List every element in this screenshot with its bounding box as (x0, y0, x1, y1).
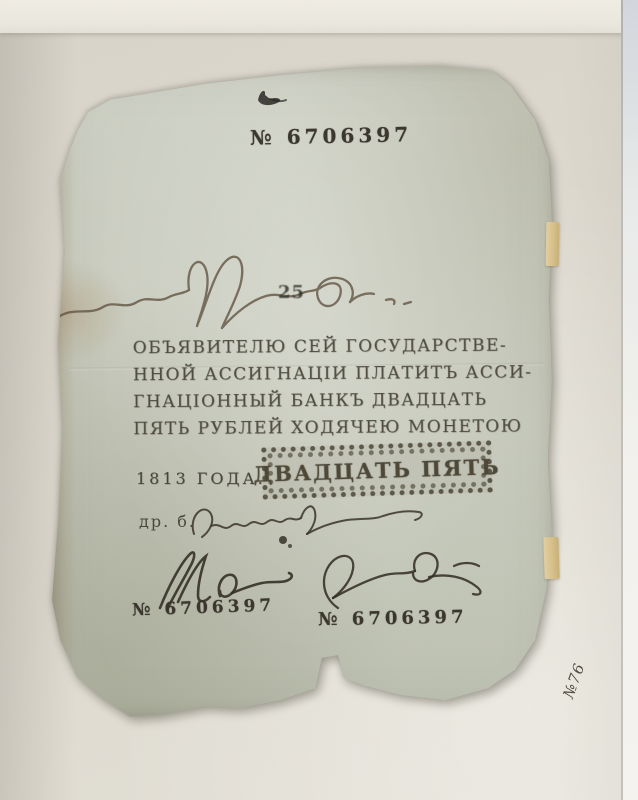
album-page-right-edge (621, 0, 638, 800)
counterstamp-25: 25 (278, 282, 305, 303)
year-line: 1813 ГОДА. (136, 469, 266, 488)
serial-number-top: № 6706397 (250, 122, 413, 149)
signature-bank-director (186, 494, 431, 554)
denomination-stamp: ДВАДЦАТЬ ПЯТЬ (261, 440, 493, 499)
obligation-text: ОБЪЯВИТЕЛЮ СЕЙ ГОСУДАРСТВЕ- ННОЙ АССИГНА… (133, 333, 482, 443)
photo-of-assignat-album-page: № 6706397 25 ОБЪЯВИТЕЛЮ СЕЙ ГОСУДАР (0, 0, 638, 800)
album-page-top-edge (0, 0, 638, 33)
bleed-through-signature (55, 250, 420, 340)
serial-number-bottom-left: № 6706397 (132, 596, 276, 621)
assignat-document: № 6706397 25 ОБЪЯВИТЕЛЮ СЕЙ ГОСУДАР (50, 60, 560, 722)
ink-blot-mark (248, 84, 292, 114)
album-inventory-notation: №76 (559, 649, 592, 700)
denomination-stamp-text: ДВАДЦАТЬ ПЯТЬ (253, 454, 501, 487)
obligation-line-3: ГНАЦІОННЫЙ БАНКЪ ДВАДЦАТЬ (133, 387, 481, 416)
obligation-line-1: ОБЪЯВИТЕЛЮ СЕЙ ГОСУДАРСТВЕ- (133, 333, 481, 362)
tape-hinge-bottom (543, 537, 559, 579)
obligation-line-4: ПЯТЬ РУБЛЕЙ ХОДЯЧЕЮ МОНЕТОЮ (133, 414, 481, 443)
assignat-paper: № 6706397 25 ОБЪЯВИТЕЛЮ СЕЙ ГОСУДАР (50, 60, 560, 722)
tape-hinge-top (546, 222, 560, 266)
obligation-line-2: ННОЙ АССИГНАЦІИ ПЛАТИТЪ АССИ- (133, 360, 481, 389)
serial-number-bottom-right: № 6706397 (318, 607, 468, 631)
